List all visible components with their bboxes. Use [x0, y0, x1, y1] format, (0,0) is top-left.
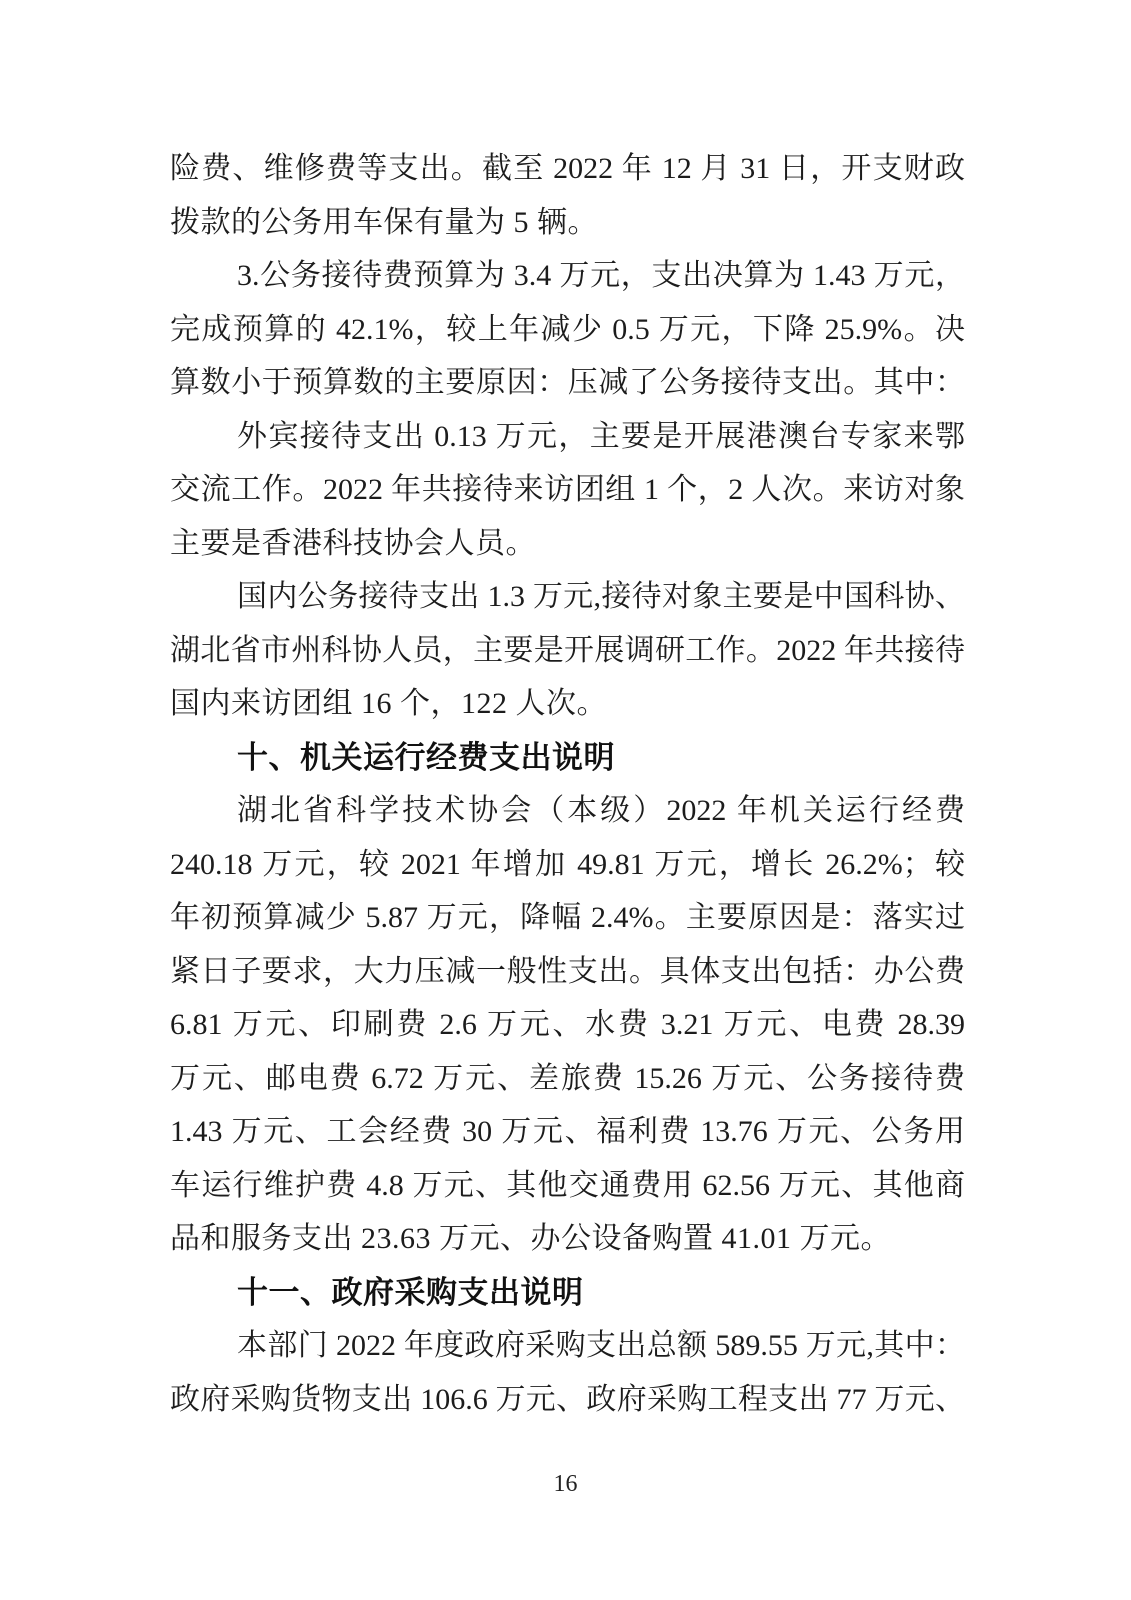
- text-line: 国内公务接待支出 1.3 万元,接待对象主要是中国科协、: [170, 570, 965, 624]
- text-line: 算数小于预算数的主要原因：压减了公务接待支出。其中：: [170, 356, 965, 410]
- section-heading: 十、机关运行经费支出说明: [170, 731, 965, 785]
- text-line: 6.81 万元、印刷费 2.6 万元、水费 3.21 万元、电费 28.39: [170, 998, 965, 1052]
- text-line: 湖北省市州科协人员，主要是开展调研工作。2022 年共接待: [170, 624, 965, 678]
- text-line: 品和服务支出 23.63 万元、办公设备购置 41.01 万元。: [170, 1212, 965, 1266]
- text-line: 外宾接待支出 0.13 万元，主要是开展港澳台专家来鄂: [170, 410, 965, 464]
- page-number: 16: [0, 1468, 1131, 1500]
- text-line: 紧日子要求，大力压减一般性支出。具体支出包括：办公费: [170, 945, 965, 999]
- section-heading: 十一、政府采购支出说明: [170, 1266, 965, 1320]
- text-line: 湖北省科学技术协会（本级）2022 年机关运行经费: [170, 784, 965, 838]
- text-line: 国内来访团组 16 个，122 人次。: [170, 677, 965, 731]
- text-line: 拨款的公务用车保有量为 5 辆。: [170, 196, 965, 250]
- text-line: 年初预算减少 5.87 万元，降幅 2.4%。主要原因是：落实过: [170, 891, 965, 945]
- text-line: 240.18 万元，较 2021 年增加 49.81 万元，增长 26.2%；较: [170, 838, 965, 892]
- document-page: 险费、维修费等支出。截至 2022 年 12 月 31 日，开支财政拨款的公务用…: [0, 0, 1131, 1600]
- text-line: 1.43 万元、工会经费 30 万元、福利费 13.76 万元、公务用: [170, 1105, 965, 1159]
- text-line: 完成预算的 42.1%，较上年减少 0.5 万元，下降 25.9%。决: [170, 303, 965, 357]
- text-line: 险费、维修费等支出。截至 2022 年 12 月 31 日，开支财政: [170, 142, 965, 196]
- text-line: 3.公务接待费预算为 3.4 万元，支出决算为 1.43 万元，: [170, 249, 965, 303]
- text-line: 万元、邮电费 6.72 万元、差旅费 15.26 万元、公务接待费: [170, 1052, 965, 1106]
- text-line: 交流工作。2022 年共接待来访团组 1 个，2 人次。来访对象: [170, 463, 965, 517]
- text-line: 车运行维护费 4.8 万元、其他交通费用 62.56 万元、其他商: [170, 1159, 965, 1213]
- text-line: 主要是香港科技协会人员。: [170, 517, 965, 571]
- document-body: 险费、维修费等支出。截至 2022 年 12 月 31 日，开支财政拨款的公务用…: [170, 142, 965, 1426]
- text-line: 政府采购货物支出 106.6 万元、政府采购工程支出 77 万元、: [170, 1373, 965, 1427]
- text-line: 本部门 2022 年度政府采购支出总额 589.55 万元,其中：: [170, 1319, 965, 1373]
